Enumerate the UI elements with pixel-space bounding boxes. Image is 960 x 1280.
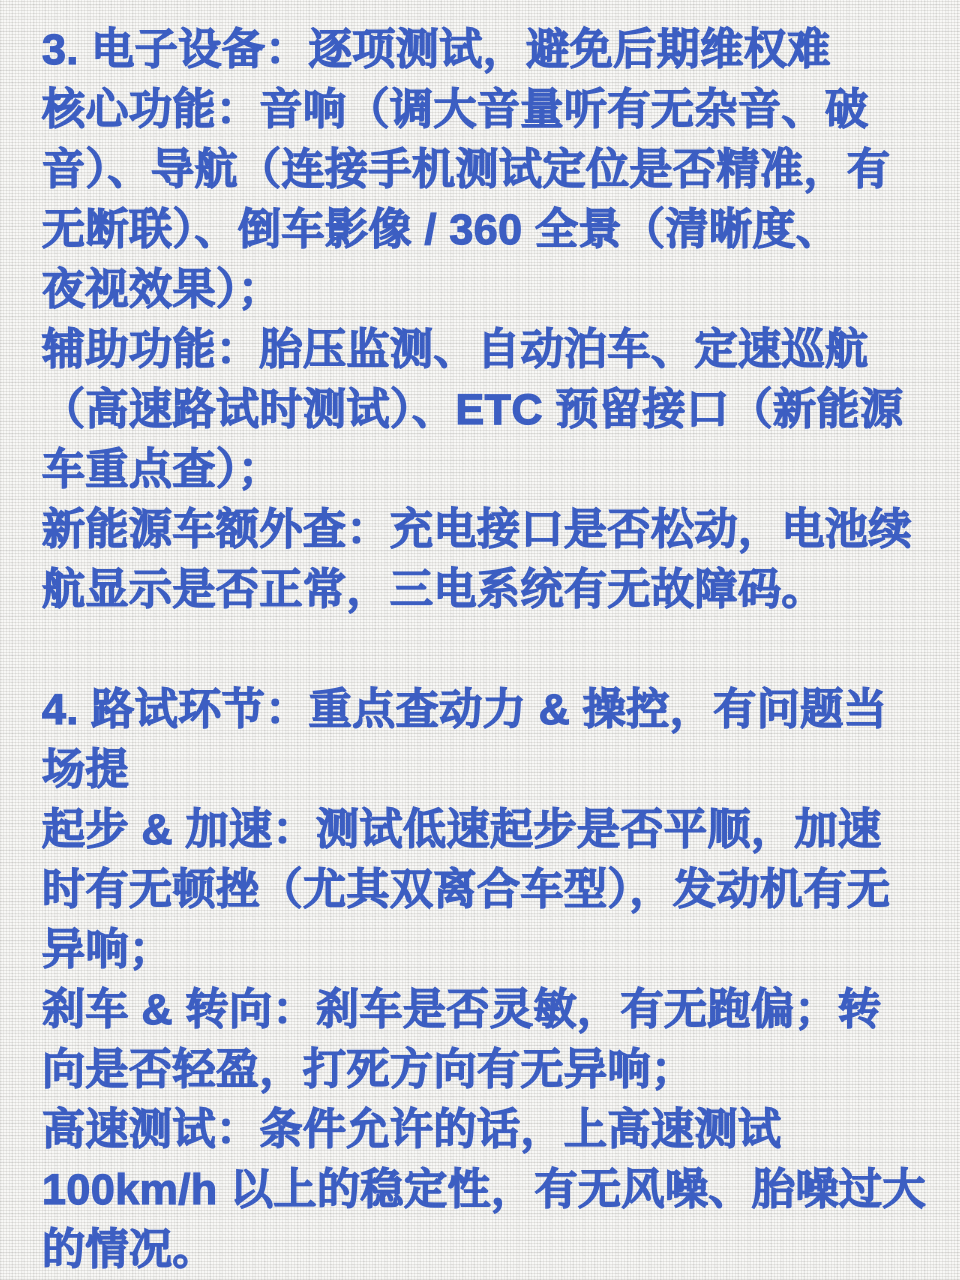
section-electronics-check: 3. 电子设备：逐项测试，避免后期维权难 核心功能：音响（调大音量听有无杂音、破…: [42, 20, 922, 620]
text-line: 夜视效果）；: [42, 260, 922, 320]
paragraph-gap: [42, 620, 922, 680]
text-line: 100km/h 以上的稳定性，有无风噪、胎噪过大: [42, 1160, 922, 1220]
text-line: 异响；: [42, 920, 922, 980]
section-road-test: 4. 路试环节：重点查动力 & 操控，有问题当 场提 起步 & 加速：测试低速起…: [42, 680, 922, 1280]
text-line: 向是否轻盈，打死方向有无异响；: [42, 1040, 922, 1100]
text-line: 的情况。: [42, 1220, 922, 1280]
note-page: 3. 电子设备：逐项测试，避免后期维权难 核心功能：音响（调大音量听有无杂音、破…: [0, 0, 960, 1280]
text-line: 核心功能：音响（调大音量听有无杂音、破: [42, 80, 922, 140]
text-line: 新能源车额外查：充电接口是否松动，电池续: [42, 500, 922, 560]
text-line: 辅助功能：胎压监测、自动泊车、定速巡航: [42, 320, 922, 380]
text-line: 场提: [42, 740, 922, 800]
text-line: 音）、导航（连接手机测试定位是否精准，有: [42, 140, 922, 200]
text-line: 起步 & 加速：测试低速起步是否平顺，加速: [42, 800, 922, 860]
text-line: 无断联）、倒车影像 / 360 全景（清晰度、: [42, 200, 922, 260]
text-line: 时有无顿挫（尤其双离合车型），发动机有无: [42, 860, 922, 920]
text-line: 航显示是否正常，三电系统有无故障码。: [42, 560, 922, 620]
text-line: （高速路试时测试）、ETC 预留接口（新能源: [42, 380, 922, 440]
text-line: 刹车 & 转向：刹车是否灵敏，有无跑偏；转: [42, 980, 922, 1040]
text-line: 车重点查）；: [42, 440, 922, 500]
text-line: 高速测试：条件允许的话，上高速测试: [42, 1100, 922, 1160]
text-line: 3. 电子设备：逐项测试，避免后期维权难: [42, 20, 922, 80]
text-line: 4. 路试环节：重点查动力 & 操控，有问题当: [42, 680, 922, 740]
